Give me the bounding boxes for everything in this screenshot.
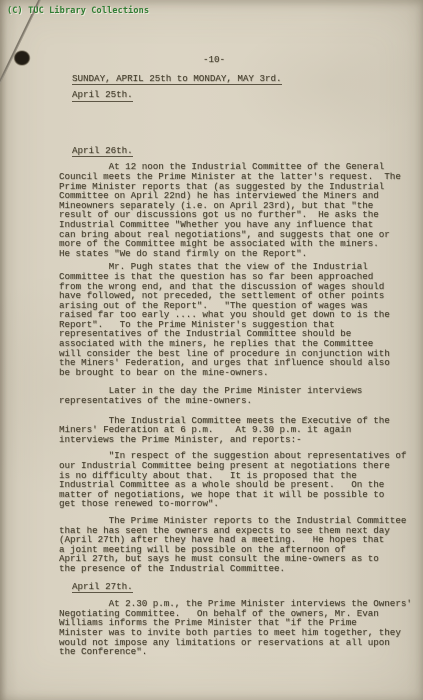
typed-line: He states "We do stand firmly on the Rep… bbox=[59, 249, 419, 259]
paragraph: Mr. Pugh states that the view of the Ind… bbox=[59, 262, 419, 377]
scan-artifacts bbox=[0, 0, 423, 120]
copyright-watermark: (C) TUC Library Collections bbox=[7, 6, 149, 16]
typed-line: the Conference". bbox=[59, 647, 419, 657]
paragraph: At 12 noon the Industrial Committee of t… bbox=[59, 162, 419, 258]
paragraph: Later in the day the Prime Minister inte… bbox=[59, 386, 419, 405]
document-page: (C) TUC Library Collections -10-SUNDAY, … bbox=[0, 0, 423, 700]
date-heading: April 27th. bbox=[59, 582, 419, 592]
paragraph: At 2.30 p.m., the Prime Minister intervi… bbox=[59, 599, 419, 657]
typed-line: be brought to bear on the mine-owners. bbox=[59, 368, 419, 378]
paragraph: The Prime Minister reports to the Indust… bbox=[59, 516, 419, 574]
typed-line: get those renewed to-morrow". bbox=[59, 499, 419, 509]
paragraph: "In respect of the suggestion about repr… bbox=[59, 451, 419, 509]
date-heading-text: April 26th. bbox=[72, 145, 133, 158]
date-heading-text: April 27th. bbox=[72, 581, 133, 594]
typed-text-block: -10-SUNDAY, APRIL 25th to MONDAY, MAY 3r… bbox=[59, 55, 419, 657]
date-heading: April 26th. bbox=[59, 146, 419, 156]
typed-line: the presence of the Industrial Committee… bbox=[59, 564, 419, 574]
typed-line: interviews the Prime Minister, and repor… bbox=[59, 435, 419, 445]
paragraph: The Industrial Committee meets the Execu… bbox=[59, 416, 419, 445]
typed-line: representatives of the mine-owners. bbox=[59, 396, 419, 406]
